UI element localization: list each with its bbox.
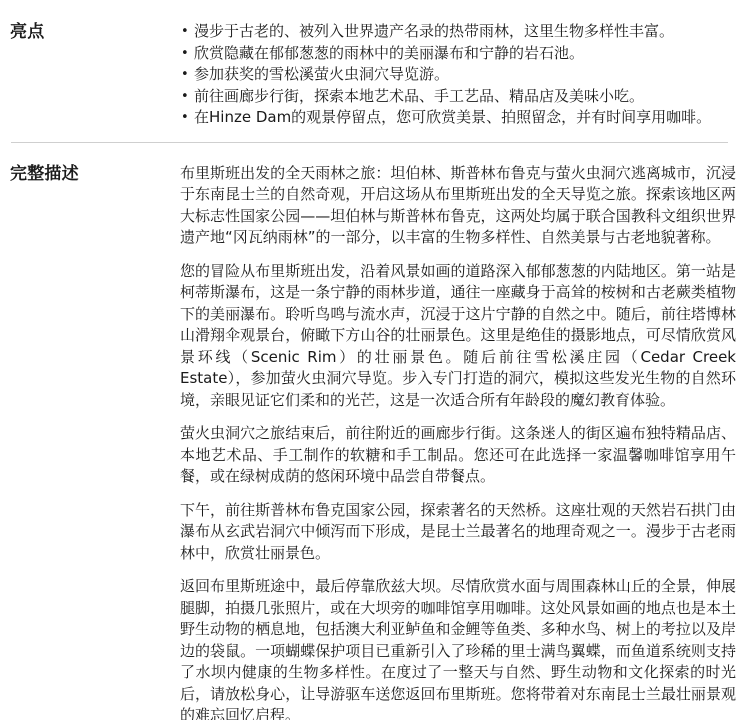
bullet-icon: • bbox=[181, 43, 189, 65]
highlight-item-text: 漫步于古老的、被列入世界遗产名录的热带雨林，这里生物多样性丰富。 bbox=[194, 22, 674, 40]
highlight-item: • 前往画廊步行街，探索本地艺术品、手工艺品、精品店及美味小吃。 bbox=[180, 86, 736, 108]
highlight-item-text: 在Hinze Dam的观景停留点，您可欣赏美景、拍照留念，并有时间享用咖啡。 bbox=[194, 108, 711, 126]
description-paragraph: 下午，前往斯普林布鲁克国家公园，探索著名的天然桥。这座壮观的天然岩石拱门由瀑布从… bbox=[180, 500, 736, 565]
description-section: 完整描述 布里斯班出发的全天雨林之旅：坦伯林、斯普林布鲁克与萤火虫洞穴逃离城市，… bbox=[0, 143, 747, 720]
description-body: 布里斯班出发的全天雨林之旅：坦伯林、斯普林布鲁克与萤火虫洞穴逃离城市，沉浸于东南… bbox=[180, 163, 747, 720]
highlights-section: 亮点 • 漫步于古老的、被列入世界遗产名录的热带雨林，这里生物多样性丰富。 • … bbox=[0, 0, 747, 129]
bullet-icon: • bbox=[181, 86, 189, 108]
description-paragraph: 返回布里斯班途中，最后停靠欣兹大坝。尽情欣赏水面与周围森林山丘的全景，伸展腿脚，… bbox=[180, 576, 736, 720]
highlights-content-column: • 漫步于古老的、被列入世界遗产名录的热带雨林，这里生物多样性丰富。 • 欣赏隐… bbox=[180, 21, 747, 129]
description-paragraph: 您的冒险从布里斯班出发，沿着风景如画的道路深入郁郁葱葱的内陆地区。第一站是柯蒂斯… bbox=[180, 261, 736, 412]
highlights-heading: 亮点 bbox=[10, 21, 180, 43]
highlight-item-text: 参加获奖的雪松溪萤火虫洞穴导览游。 bbox=[194, 65, 449, 83]
highlight-item: • 参加获奖的雪松溪萤火虫洞穴导览游。 bbox=[180, 64, 736, 86]
bullet-icon: • bbox=[181, 21, 189, 43]
bullet-icon: • bbox=[181, 107, 189, 129]
highlight-item: • 漫步于古老的、被列入世界遗产名录的热带雨林，这里生物多样性丰富。 bbox=[180, 21, 736, 43]
description-paragraph: 萤火虫洞穴之旅结束后，前往附近的画廊步行街。这条迷人的街区遍布独特精品店、本地艺… bbox=[180, 423, 736, 488]
highlight-item: • 欣赏隐藏在郁郁葱葱的雨林中的美丽瀑布和宁静的岩石池。 bbox=[180, 43, 736, 65]
bullet-icon: • bbox=[181, 64, 189, 86]
highlights-list: • 漫步于古老的、被列入世界遗产名录的热带雨林，这里生物多样性丰富。 • 欣赏隐… bbox=[180, 21, 736, 129]
highlights-label-column: 亮点 bbox=[0, 21, 180, 43]
description-heading: 完整描述 bbox=[10, 163, 180, 185]
description-paragraph: 布里斯班出发的全天雨林之旅：坦伯林、斯普林布鲁克与萤火虫洞穴逃离城市，沉浸于东南… bbox=[180, 163, 736, 249]
highlight-item-text: 欣赏隐藏在郁郁葱葱的雨林中的美丽瀑布和宁静的岩石池。 bbox=[194, 44, 584, 62]
highlight-item-text: 前往画廊步行街，探索本地艺术品、手工艺品、精品店及美味小吃。 bbox=[194, 87, 644, 105]
description-label-column: 完整描述 bbox=[0, 163, 180, 185]
highlight-item: • 在Hinze Dam的观景停留点，您可欣赏美景、拍照留念，并有时间享用咖啡。 bbox=[180, 107, 736, 129]
tour-detail-page: 亮点 • 漫步于古老的、被列入世界遗产名录的热带雨林，这里生物多样性丰富。 • … bbox=[0, 0, 747, 720]
